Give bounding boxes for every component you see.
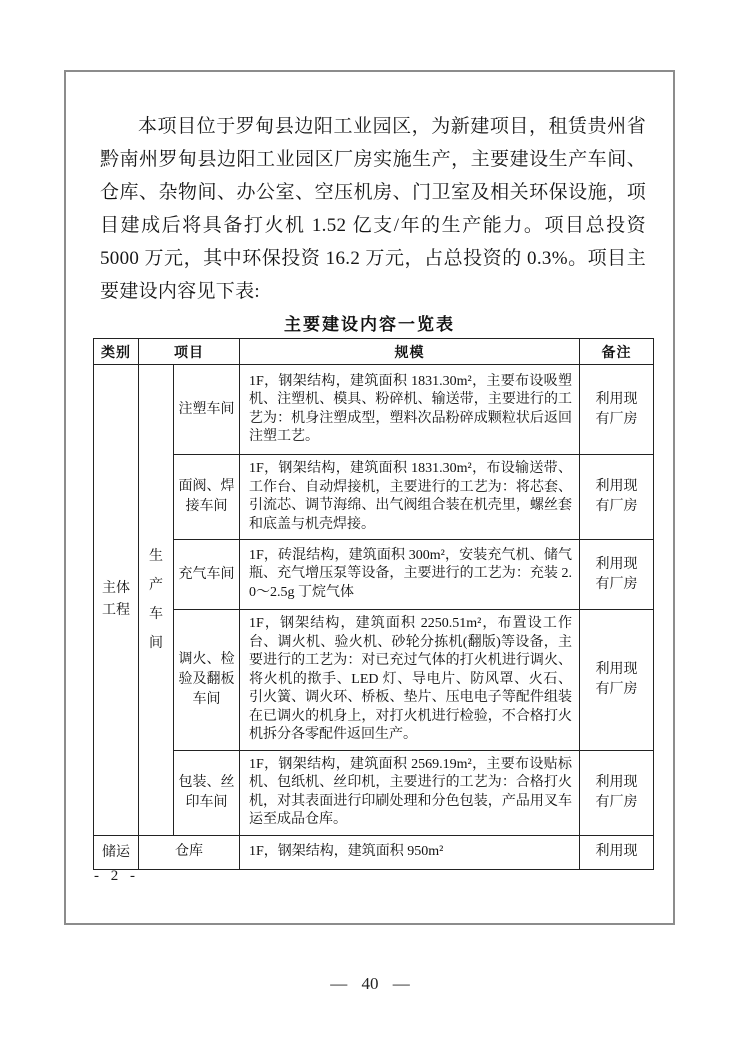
table-row-storage: 储运 仓库 1F，钢架结构，建筑面积 950m² 利用现 [94, 835, 654, 869]
table-row: 面阀、焊接车间 1F，钢架结构，建筑面积 1831.30m²，布设输送带、工作台… [94, 455, 654, 540]
category-main-cell: 主体工程 [94, 365, 139, 836]
remark-cell: 利用现有厂房 [580, 455, 654, 540]
scale-cell: 1F，钢架结构，建筑面积 1831.30m²，主要布设吸塑机、注塑机、模具、粉碎… [240, 365, 580, 455]
remark-cell: 利用现有厂房 [580, 610, 654, 751]
scanned-page: 本项目位于罗甸县边阳工业园区，为新建项目，租赁贵州省黔南州罗甸县边阳工业园区厂房… [64, 70, 675, 925]
inner-page-number: - 2 - [94, 868, 139, 885]
project-cell: 注塑车间 [174, 365, 240, 455]
project-cell: 仓库 [139, 835, 240, 869]
header-project: 项目 [139, 339, 240, 365]
subcategory-vertical-cell: 生产车间 [139, 365, 174, 836]
scale-cell: 1F，砖混结构，建筑面积 300m²，安装充气机、储气瓶、充气增压泵等设备，主要… [240, 540, 580, 610]
header-category: 类别 [94, 339, 139, 365]
table-title: 主要建设内容一览表 [66, 310, 673, 335]
project-cell: 包装、丝印车间 [174, 750, 240, 835]
remark-cell: 利用现有厂房 [580, 750, 654, 835]
outer-page-number: — 40 — [0, 974, 740, 994]
project-cell: 充气车间 [174, 540, 240, 610]
scale-cell: 1F，钢架结构，建筑面积 950m² [240, 835, 580, 869]
table-row: 包装、丝印车间 1F，钢架结构，建筑面积 2569.19m²，主要布设贴标机、包… [94, 750, 654, 835]
remark-cell: 利用现有厂房 [580, 365, 654, 455]
scale-cell: 1F，钢架结构，建筑面积 1831.30m²，布设输送带、工作台、自动焊接机，主… [240, 455, 580, 540]
scale-cell: 1F，钢架结构，建筑面积 2569.19m²，主要布设贴标机、包纸机、丝印机，主… [240, 750, 580, 835]
document-page: 本项目位于罗甸县边阳工业园区，为新建项目，租赁贵州省黔南州罗甸县边阳工业园区厂房… [0, 0, 740, 1046]
construction-table: 类别 项目 规模 备注 主体工程 生产车间 注塑车间 1F，钢架结构，建筑面积 … [93, 338, 654, 870]
project-cell: 调火、检验及翻板车间 [174, 610, 240, 751]
table-row: 调火、检验及翻板车间 1F，钢架结构，建筑面积 2250.51m²，布置设工作台… [94, 610, 654, 751]
table-row: 充气车间 1F，砖混结构，建筑面积 300m²，安装充气机、储气瓶、充气增压泵等… [94, 540, 654, 610]
intro-paragraph: 本项目位于罗甸县边阳工业园区，为新建项目，租赁贵州省黔南州罗甸县边阳工业园区厂房… [100, 110, 646, 308]
category-storage-cell: 储运 [94, 835, 139, 869]
remark-cell: 利用现 [580, 835, 654, 869]
header-scale: 规模 [240, 339, 580, 365]
table-row: 主体工程 生产车间 注塑车间 1F，钢架结构，建筑面积 1831.30m²，主要… [94, 365, 654, 455]
project-cell: 面阀、焊接车间 [174, 455, 240, 540]
scale-cell: 1F，钢架结构，建筑面积 2250.51m²，布置设工作台、调火机、验火机、砂轮… [240, 610, 580, 751]
header-remark: 备注 [580, 339, 654, 365]
table-header-row: 类别 项目 规模 备注 [94, 339, 654, 365]
remark-cell: 利用现有厂房 [580, 540, 654, 610]
